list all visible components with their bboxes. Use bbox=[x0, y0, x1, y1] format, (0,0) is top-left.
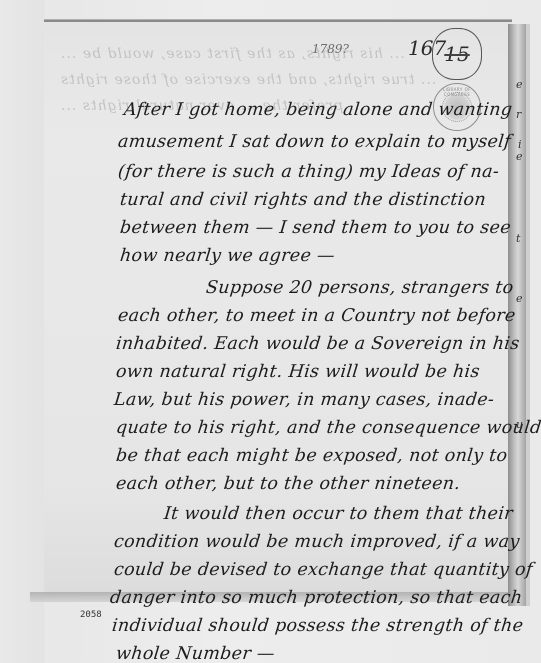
manuscript-line: individual should possess the strength o… bbox=[111, 616, 524, 636]
manuscript-line: inhabited. Each would be a Sovereign in … bbox=[115, 334, 521, 354]
manuscript-line: Law, but his power, in many cases, inade… bbox=[113, 390, 495, 410]
manuscript-line: tural and civil rights and the distincti… bbox=[119, 190, 487, 210]
manuscript-line: each other, to meet in a Country not bef… bbox=[117, 306, 517, 326]
manuscript-line: amusement I sat down to explain to mysel… bbox=[117, 132, 512, 152]
manuscript-scan: ... his rights, as the first case, would… bbox=[0, 0, 541, 663]
manuscript-line: Suppose 20 persons, strangers to bbox=[205, 278, 515, 298]
binding-margin-mark: u bbox=[516, 418, 523, 431]
manuscript-line: between them — I send them to you to see bbox=[119, 218, 512, 238]
manuscript-line: own natural right. His will would be his bbox=[115, 362, 481, 382]
mount-backing-left bbox=[0, 0, 44, 663]
folio-number-circled-value: 15 bbox=[444, 42, 469, 66]
stamp-label: LIBRARY OF CONGRESS bbox=[434, 87, 480, 97]
manuscript-line: danger into so much protection, so that … bbox=[109, 588, 523, 608]
manuscript-line: could be devised to exchange that quanti… bbox=[113, 560, 534, 580]
manuscript-line: It would then occur to them that their bbox=[163, 504, 514, 524]
binding-margin-mark: r bbox=[516, 108, 521, 121]
manuscript-line: whole Number — bbox=[115, 644, 276, 663]
manuscript-line: be that each might be exposed, not only … bbox=[115, 446, 508, 466]
manuscript-line: each other, but to the other nineteen. bbox=[115, 474, 461, 494]
folio-number-circled: 15 bbox=[432, 28, 482, 80]
binding-margin-mark: e bbox=[516, 292, 523, 305]
manuscript-line: After I got home, being alone and wantin… bbox=[123, 100, 513, 120]
manuscript-line: condition would be much improved, if a w… bbox=[113, 532, 521, 552]
manuscript-line: (for there is such a thing) my Ideas of … bbox=[117, 162, 500, 182]
binding-margin-mark: e bbox=[516, 150, 523, 163]
pencil-date-note: 1789? bbox=[312, 42, 349, 56]
bleed-through-line: ... true rights, and the exercise of tho… bbox=[60, 72, 436, 88]
manuscript-line: how nearly we agree — bbox=[119, 246, 336, 266]
binding-margin-mark: e bbox=[516, 78, 523, 91]
manuscript-line: quate to his right, and the consequence … bbox=[115, 418, 541, 438]
bleed-through-line: ... his rights, as the first case, would… bbox=[60, 46, 405, 62]
binding-outer-edge bbox=[526, 24, 530, 606]
binding-margin-mark: t bbox=[516, 232, 520, 245]
catalog-number: 2058 bbox=[80, 610, 102, 620]
